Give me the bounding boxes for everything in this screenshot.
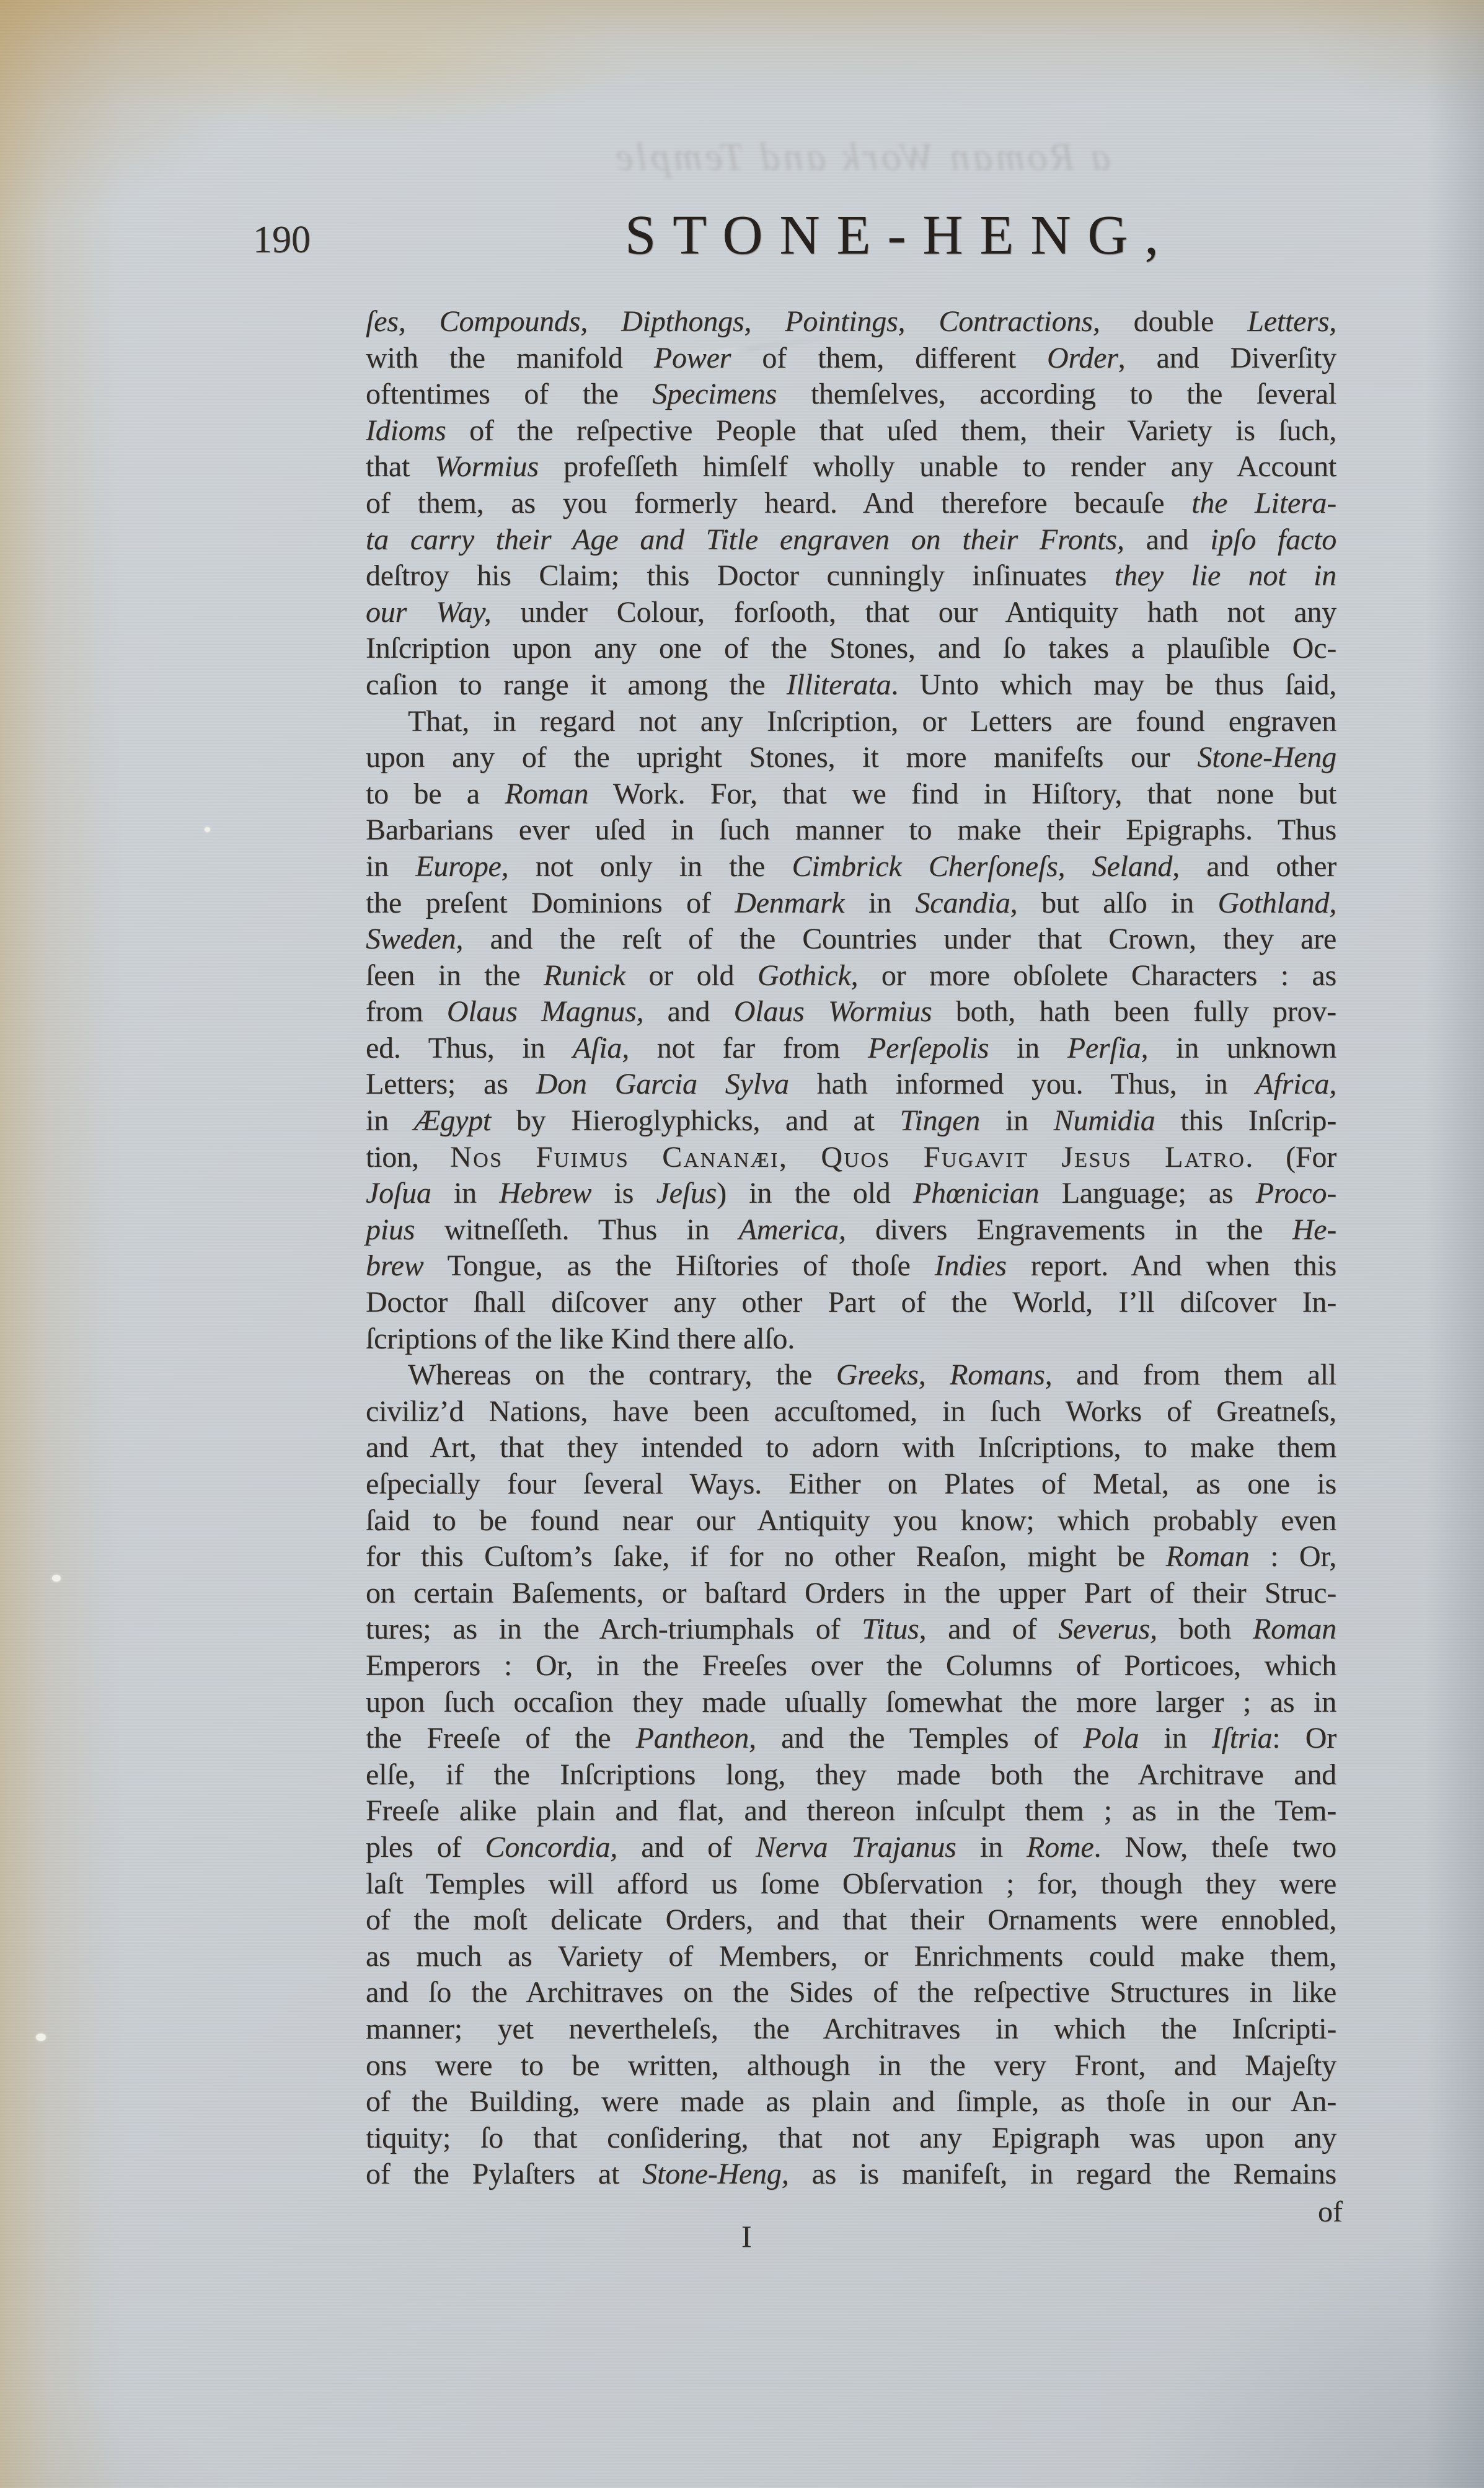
italic-text: Stone-Heng bbox=[1197, 741, 1336, 774]
italic-text: brew bbox=[366, 1249, 423, 1282]
italic-text: Iſtria bbox=[1212, 1722, 1272, 1755]
text-line: in Ægypt by Hieroglyphicks, and at Tinge… bbox=[366, 1103, 1336, 1140]
italic-text: Pola bbox=[1083, 1722, 1139, 1755]
italic-text: Idioms bbox=[366, 414, 446, 447]
text-line: ſcriptions of the like Kind there alſo. bbox=[366, 1321, 1336, 1358]
italic-text: America, bbox=[739, 1213, 846, 1246]
paper-fleck bbox=[205, 827, 210, 832]
text-line: pius witneſſeth. Thus in America, divers… bbox=[366, 1212, 1336, 1249]
roman-text: for this Cuſtom’s ſake, if for no other … bbox=[366, 1540, 1166, 1573]
roman-text: and bbox=[643, 995, 734, 1028]
text-line: our Way, under Colour, forſooth, that ou… bbox=[366, 595, 1336, 631]
text-line: of the moſt delicate Orders, and that th… bbox=[366, 1902, 1336, 1939]
roman-text: and from them all bbox=[1052, 1358, 1336, 1391]
roman-text: and bbox=[1124, 523, 1211, 556]
text-line: That, in regard not any Inſcription, or … bbox=[366, 704, 1336, 740]
roman-text: divers Engravements in the bbox=[846, 1213, 1292, 1246]
roman-text: in bbox=[431, 1177, 500, 1210]
text-line: for this Cuſtom’s ſake, if for no other … bbox=[366, 1539, 1336, 1575]
page-title: STONE-HENG, bbox=[625, 203, 1175, 267]
italic-text: Indies bbox=[935, 1249, 1007, 1282]
roman-text: of the moſt delicate Orders, and that th… bbox=[366, 1903, 1336, 1936]
italic-text: Phœnician bbox=[913, 1177, 1040, 1210]
roman-text: ) in the old bbox=[717, 1177, 913, 1210]
italic-text: Concordia, bbox=[485, 1831, 618, 1864]
roman-text: Letters; as bbox=[366, 1068, 536, 1100]
roman-text: by Hieroglyphicks, and at bbox=[491, 1104, 899, 1137]
roman-text: as is manifeſt, in regard the Remains bbox=[789, 2158, 1336, 2190]
italic-text: Greeks, Romans, bbox=[836, 1358, 1053, 1391]
italic-text: Proco- bbox=[1256, 1177, 1336, 1210]
italic-text: He- bbox=[1292, 1213, 1336, 1246]
italic-text: Perſepolis bbox=[868, 1032, 989, 1065]
roman-text: tiquity; ſo that conſidering, that not a… bbox=[366, 2122, 1336, 2154]
text-line: Joſua in Hebrew is Jeſus) in the old Phœ… bbox=[366, 1175, 1336, 1212]
roman-text: from bbox=[366, 995, 447, 1028]
italic-text: Olaus Magnus, bbox=[447, 995, 643, 1028]
text-line: brew Tongue, as the Hiſtories of thoſe I… bbox=[366, 1248, 1336, 1285]
text-line: and ſo the Architraves on the Sides of t… bbox=[366, 1975, 1336, 2011]
roman-text: on certain Baſements, or baſtard Orders … bbox=[366, 1577, 1336, 1609]
italic-text: Roman bbox=[1253, 1613, 1336, 1645]
roman-text: oftentimes of the bbox=[366, 378, 652, 410]
italic-text: ipſo facto bbox=[1210, 523, 1336, 556]
italic-text: ſes, Compounds, Dipthongs, Pointings, Co… bbox=[366, 305, 1100, 338]
roman-text: ed. Thus, in bbox=[366, 1032, 573, 1065]
roman-text: double bbox=[1100, 305, 1248, 338]
paper-fleck bbox=[36, 2034, 46, 2041]
roman-text: , and Diverſity bbox=[1118, 342, 1336, 374]
text-line: tures; as in the Arch-triumphals of Titu… bbox=[366, 1611, 1336, 1648]
roman-text: both, hath been fully prov- bbox=[932, 995, 1336, 1028]
italic-text: ta carry their Age and Title engraven on… bbox=[366, 523, 1124, 556]
roman-text: in bbox=[1139, 1722, 1212, 1755]
roman-text: Tongue, as the Hiſtories of thoſe bbox=[423, 1249, 934, 1282]
roman-text: report. And when this bbox=[1007, 1249, 1336, 1282]
roman-text: themſelves, according to the ſeveral bbox=[777, 378, 1336, 410]
roman-text: and ſo the Architraves on the Sides of t… bbox=[366, 1976, 1336, 2009]
roman-text: in unknown bbox=[1148, 1032, 1336, 1065]
roman-text: (For bbox=[1255, 1141, 1336, 1174]
roman-text: upon ſuch occaſion they made uſually ſom… bbox=[366, 1686, 1336, 1719]
text-line: and Art, that they intended to adorn wit… bbox=[366, 1430, 1336, 1466]
text-line: ſes, Compounds, Dipthongs, Pointings, Co… bbox=[366, 304, 1336, 340]
text-line: the preſent Dominions of Denmark in Scan… bbox=[366, 885, 1336, 922]
text-line: civiliz’d Nations, have been accuſtomed,… bbox=[366, 1394, 1336, 1430]
text-line: Whereas on the contrary, the Greeks, Rom… bbox=[366, 1357, 1336, 1394]
page-number: 190 bbox=[253, 218, 311, 262]
roman-text: and Art, that they intended to adorn wit… bbox=[366, 1431, 1336, 1464]
roman-text: Work. For, that we find in Hiſtory, that… bbox=[588, 777, 1336, 810]
italic-text: pius bbox=[366, 1213, 415, 1246]
roman-text: and the Temples of bbox=[756, 1722, 1084, 1755]
roman-text: Freeſe alike plain and flat, and thereon… bbox=[366, 1794, 1336, 1827]
text-line: ples of Concordia, and of Nerva Trajanus… bbox=[366, 1830, 1336, 1866]
catchword: of bbox=[366, 2195, 1343, 2229]
roman-text: of the reſpective People that uſed them,… bbox=[446, 414, 1336, 447]
italic-text: Aſia, bbox=[573, 1032, 629, 1065]
roman-text: profeſſeth himſelf wholly unable to rend… bbox=[539, 450, 1336, 483]
italic-text: Scandia, bbox=[915, 887, 1017, 919]
roman-text: . Now, theſe two bbox=[1093, 1831, 1336, 1864]
roman-text: in bbox=[956, 1831, 1027, 1864]
roman-text: Doctor ſhall diſcover any other Part of … bbox=[366, 1286, 1336, 1319]
italic-text: Roman bbox=[505, 777, 588, 810]
roman-text: ſeen in the bbox=[366, 959, 544, 992]
text-line: that Wormius profeſſeth himſelf wholly u… bbox=[366, 449, 1336, 485]
roman-text: Language; as bbox=[1039, 1177, 1255, 1210]
roman-text: Whereas on the contrary, the bbox=[408, 1358, 836, 1391]
roman-text: in bbox=[366, 850, 415, 883]
italic-text: Power bbox=[654, 342, 731, 374]
roman-text: caſion to range it among the bbox=[366, 668, 787, 701]
italic-text: Ægypt bbox=[414, 1104, 491, 1137]
roman-text: . Unto which may be thus ſaid, bbox=[891, 668, 1336, 701]
text-line: Idioms of the reſpective People that uſe… bbox=[366, 413, 1336, 449]
roman-text: deſtroy his Claim; this Doctor cunningly… bbox=[366, 559, 1115, 592]
roman-text: or more obſolete Characters : as bbox=[858, 959, 1336, 992]
italic-text: Illiterata bbox=[787, 668, 891, 701]
text-line: Emperors : Or, in the Freeſes over the C… bbox=[366, 1648, 1336, 1684]
show-through-ghost-text: a Roman Work and Temple bbox=[612, 134, 1111, 180]
text-line: upon ſuch occaſion they made uſually ſom… bbox=[366, 1684, 1336, 1721]
text-line: Freeſe alike plain and flat, and thereon… bbox=[366, 1793, 1336, 1830]
roman-text: laſt Temples will afford us ſome Obſerva… bbox=[366, 1867, 1336, 1900]
roman-text: under Colour, forſooth, that our Antiqui… bbox=[492, 596, 1336, 629]
smallcaps-text: Nos Fuimus Cananæi, Quos Fugavit Jesus L… bbox=[450, 1141, 1254, 1174]
text-line: manner; yet nevertheleſs, the Architrave… bbox=[366, 2011, 1336, 2048]
italic-text: Don Garcia Sylva bbox=[536, 1068, 789, 1100]
roman-text: not far from bbox=[629, 1032, 868, 1065]
text-line: ed. Thus, in Aſia, not far from Perſepol… bbox=[366, 1030, 1336, 1067]
text-line: the Freeſe of the Pantheon, and the Temp… bbox=[366, 1720, 1336, 1757]
roman-text: tures; as in the Arch-triumphals of bbox=[366, 1613, 862, 1645]
roman-text: civiliz’d Nations, have been accuſtomed,… bbox=[366, 1395, 1336, 1428]
italic-text: Nerva Trajanus bbox=[756, 1831, 956, 1864]
roman-text: : Or bbox=[1272, 1722, 1336, 1755]
roman-text: the Freeſe of the bbox=[366, 1722, 636, 1755]
text-line: in Europe, not only in the Cimbrick Cher… bbox=[366, 849, 1336, 885]
roman-text: ſaid to be found near our Antiquity you … bbox=[366, 1504, 1336, 1537]
text-line: with the manifold Power of them, differe… bbox=[366, 340, 1336, 377]
roman-text: of the Building, were made as plain and … bbox=[366, 2085, 1336, 2118]
italic-text: Joſua bbox=[366, 1177, 431, 1210]
roman-text: as much as Variety of Members, or Enrich… bbox=[366, 1940, 1336, 1973]
text-line: to be a Roman Work. For, that we find in… bbox=[366, 776, 1336, 813]
roman-text: upon any of the upright Stones, it more … bbox=[366, 741, 1197, 774]
italic-text: Tingen bbox=[900, 1104, 981, 1137]
text-line: tion, Nos Fuimus Cananæi, Quos Fugavit J… bbox=[366, 1140, 1336, 1176]
roman-text: or old bbox=[625, 959, 757, 992]
text-line: ſeen in the Runick or old Gothick, or mo… bbox=[366, 958, 1336, 994]
italic-text: our Way, bbox=[366, 596, 492, 629]
roman-text: Emperors : Or, in the Freeſes over the C… bbox=[366, 1649, 1336, 1682]
text-line: tiquity; ſo that conſidering, that not a… bbox=[366, 2120, 1336, 2157]
text-line: as much as Variety of Members, or Enrich… bbox=[366, 1939, 1336, 1975]
italic-text: Runick bbox=[544, 959, 625, 992]
text-line: deſtroy his Claim; this Doctor cunningly… bbox=[366, 558, 1336, 595]
italic-text: Order bbox=[1047, 342, 1118, 374]
italic-text: Gothick, bbox=[757, 959, 858, 992]
roman-text: elſe, if the Inſcriptions long, they mad… bbox=[366, 1758, 1336, 1791]
italic-text: Cimbrick Cherſoneſs, Seland, bbox=[792, 850, 1179, 883]
roman-text: in bbox=[366, 1104, 414, 1137]
text-line: Sweden, and the reſt of the Countries un… bbox=[366, 921, 1336, 958]
text-line: laſt Temples will afford us ſome Obſerva… bbox=[366, 1866, 1336, 1903]
roman-text: in bbox=[980, 1104, 1054, 1137]
paper-fleck bbox=[52, 1575, 61, 1582]
text-line: ta carry their Age and Title engraven on… bbox=[366, 522, 1336, 559]
italic-text: Jeſus bbox=[656, 1177, 717, 1210]
text-line: Letters; as Don Garcia Sylva hath inform… bbox=[366, 1066, 1336, 1103]
italic-text: Letters, bbox=[1247, 305, 1336, 338]
roman-text: not only in the bbox=[508, 850, 792, 883]
roman-text: in bbox=[989, 1032, 1067, 1065]
italic-text: they lie not in bbox=[1115, 559, 1336, 592]
roman-text: of the Pylaſters at bbox=[366, 2158, 642, 2190]
roman-text: ples of bbox=[366, 1831, 485, 1864]
text-line: ons were to be written, although in the … bbox=[366, 2048, 1336, 2084]
roman-text: Barbarians ever uſed in ſuch manner to m… bbox=[366, 813, 1336, 846]
text-line: Doctor ſhall diſcover any other Part of … bbox=[366, 1285, 1336, 1321]
italic-text: Specimens bbox=[652, 378, 777, 410]
text-line: of them, as you formerly heard. And ther… bbox=[366, 485, 1336, 522]
text-line: of the Pylaſters at Stone-Heng, as is ma… bbox=[366, 2156, 1336, 2193]
italic-text: Stone-Heng, bbox=[642, 2158, 788, 2190]
italic-text: Sweden, bbox=[366, 923, 463, 955]
italic-text: Denmark bbox=[735, 887, 844, 919]
roman-text: both bbox=[1157, 1613, 1253, 1645]
roman-text: and of bbox=[926, 1613, 1058, 1645]
roman-text: that bbox=[366, 450, 435, 483]
italic-text: Roman bbox=[1166, 1540, 1250, 1573]
italic-text: Hebrew bbox=[499, 1177, 591, 1210]
text-line: on certain Baſements, or baſtard Orders … bbox=[366, 1575, 1336, 1612]
roman-text: and the reſt of the Countries under that… bbox=[463, 923, 1336, 955]
italic-text: Numidia bbox=[1054, 1104, 1155, 1137]
text-line: eſpecially four ſeveral Ways. Either on … bbox=[366, 1466, 1336, 1503]
text-line: elſe, if the Inſcriptions long, they mad… bbox=[366, 1757, 1336, 1794]
text-line: Inſcription upon any one of the Stones, … bbox=[366, 631, 1336, 667]
roman-text: with the manifold bbox=[366, 342, 654, 374]
roman-text: but alſo in bbox=[1017, 887, 1217, 919]
italic-text: the Litera- bbox=[1191, 487, 1336, 520]
roman-text: and of bbox=[617, 1831, 756, 1864]
roman-text: this Inſcrip- bbox=[1155, 1104, 1336, 1137]
roman-text: ſcriptions of the like Kind there alſo. bbox=[366, 1322, 795, 1355]
text-line: oftentimes of the Specimens themſelves, … bbox=[366, 376, 1336, 413]
text-line: ſaid to be found near our Antiquity you … bbox=[366, 1503, 1336, 1539]
italic-text: Olaus Wormius bbox=[734, 995, 932, 1028]
italic-text: Perſia, bbox=[1067, 1032, 1149, 1065]
roman-text: of them, as you formerly heard. And ther… bbox=[366, 487, 1191, 520]
roman-text: and other bbox=[1180, 850, 1336, 883]
roman-text: tion, bbox=[366, 1141, 450, 1174]
italic-text: Severus, bbox=[1058, 1613, 1157, 1645]
roman-text: That, in regard not any Inſcription, or … bbox=[408, 705, 1336, 738]
book-page-scan: a Roman Work and Temple 190 STONE-HENG, … bbox=[0, 0, 1484, 2488]
roman-text: is bbox=[591, 1177, 656, 1210]
roman-text: hath informed you. Thus, in bbox=[789, 1068, 1256, 1100]
text-block: ſes, Compounds, Dipthongs, Pointings, Co… bbox=[366, 304, 1336, 2193]
italic-text: Gothland, bbox=[1217, 887, 1336, 919]
italic-text: Pantheon, bbox=[636, 1722, 756, 1755]
text-line: of the Building, were made as plain and … bbox=[366, 2084, 1336, 2120]
roman-text: Inſcription upon any one of the Stones, … bbox=[366, 632, 1336, 665]
roman-text: ons were to be written, although in the … bbox=[366, 2049, 1336, 2082]
roman-text: : Or, bbox=[1250, 1540, 1336, 1573]
text-line: caſion to range it among the Illiterata.… bbox=[366, 667, 1336, 704]
italic-text: Africa, bbox=[1255, 1068, 1336, 1100]
signature-mark: I bbox=[741, 2218, 752, 2254]
roman-text: eſpecially four ſeveral Ways. Either on … bbox=[366, 1468, 1336, 1500]
italic-text: Wormius bbox=[435, 450, 539, 483]
roman-text: the preſent Dominions of bbox=[366, 887, 735, 919]
roman-text: to be a bbox=[366, 777, 505, 810]
italic-text: Titus, bbox=[862, 1613, 926, 1645]
roman-text: of them, different bbox=[731, 342, 1047, 374]
text-line: upon any of the upright Stones, it more … bbox=[366, 740, 1336, 776]
text-line: Barbarians ever uſed in ſuch manner to m… bbox=[366, 812, 1336, 849]
text-line: from Olaus Magnus, and Olaus Wormius bot… bbox=[366, 994, 1336, 1030]
italic-text: Rome bbox=[1027, 1831, 1094, 1864]
roman-text: manner; yet nevertheleſs, the Architrave… bbox=[366, 2012, 1336, 2045]
roman-text: in bbox=[844, 887, 915, 919]
roman-text: witneſſeth. Thus in bbox=[415, 1213, 738, 1246]
italic-text: Europe, bbox=[415, 850, 508, 883]
